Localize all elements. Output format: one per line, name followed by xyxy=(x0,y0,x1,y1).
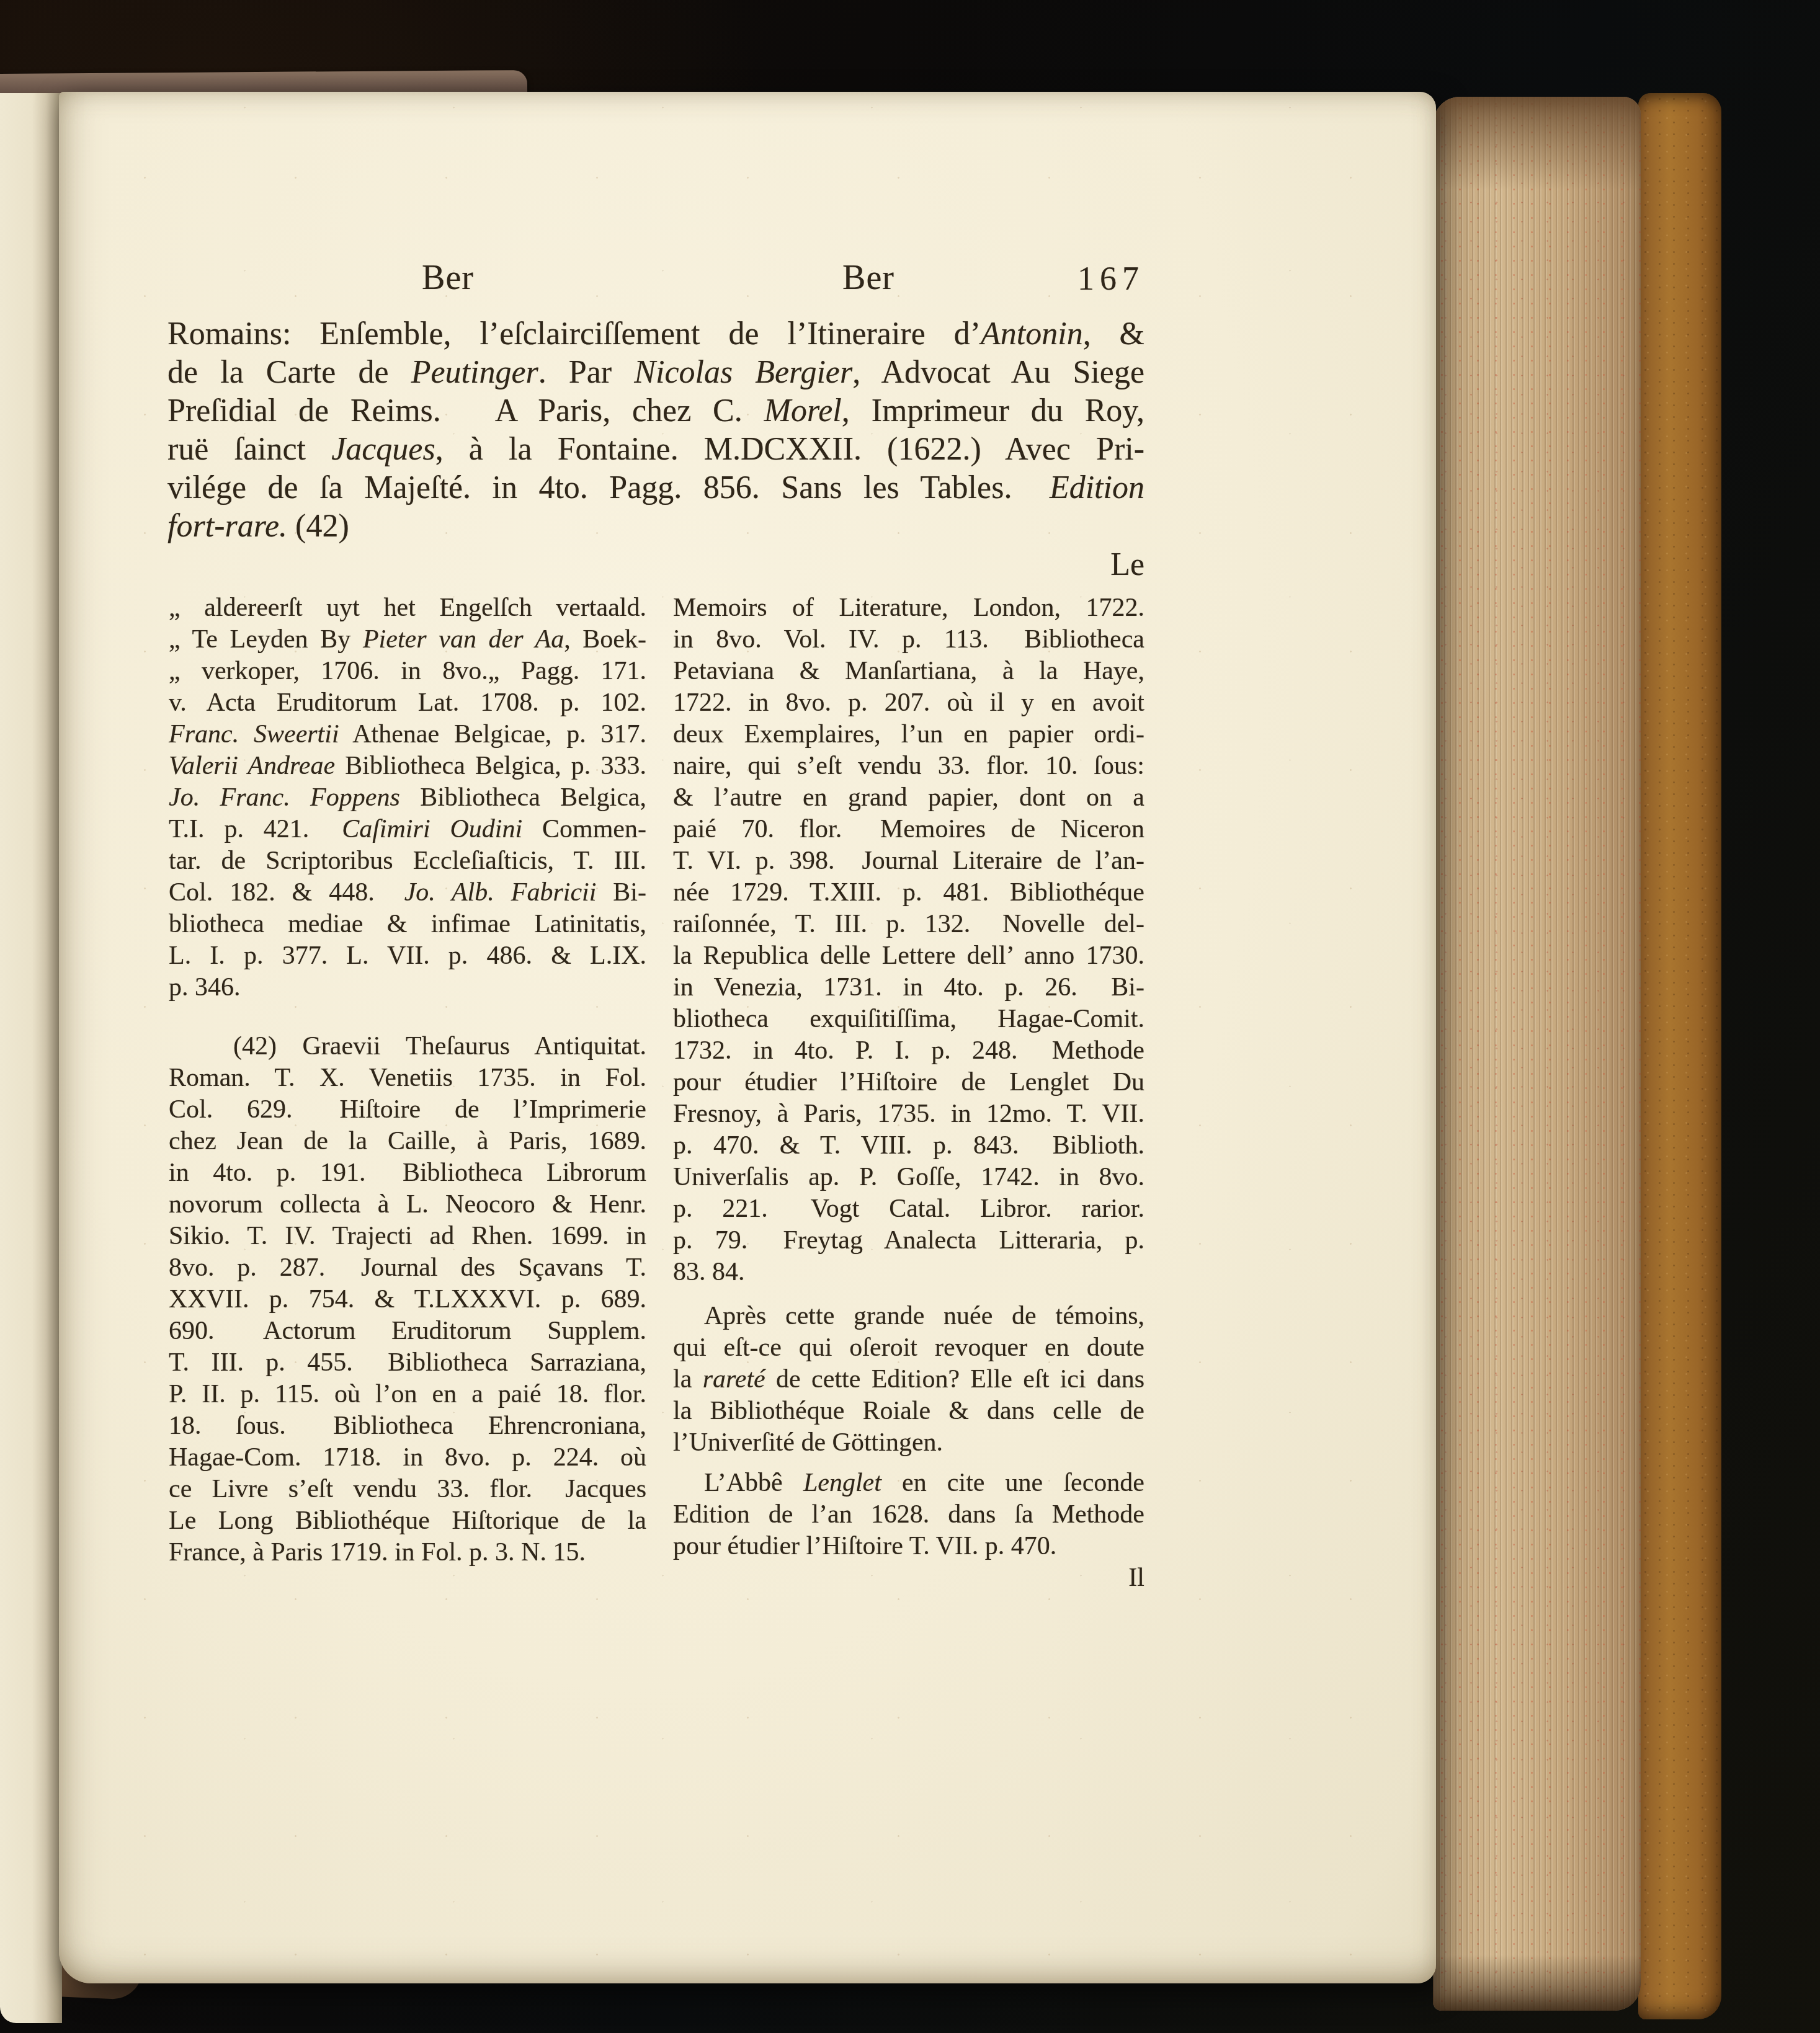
text-line: „ verkoper, 1706. in 8vo.„ Pagg. 171. xyxy=(169,656,646,687)
text-line: in Venezia, 1731. in 4to. p. 26. Bi- xyxy=(673,972,1144,1003)
text-line: la Republica delle Lettere dell’ anno 17… xyxy=(673,940,1144,972)
text-line: 1732. in 4to. P. I. p. 248. Methode xyxy=(673,1035,1144,1067)
text-line: bliotheca exquiſitiſſima, Hagae-Comit. xyxy=(673,1003,1144,1035)
left-column: „ aldereerſt uyt het Engelſch vertaald.„… xyxy=(169,592,646,1568)
text-line: p. 79. Freytag Analecta Litteraria, p. xyxy=(673,1225,1144,1257)
text-line: Memoirs of Literature, London, 1722. xyxy=(673,592,1144,624)
text-line: Le Long Bibliothéque Hiſtorique de la xyxy=(169,1505,646,1537)
text-line: novorum collecta à L. Neocoro & Henr. xyxy=(169,1189,646,1221)
paragraph: Memoirs of Literature, London, 1722.in 8… xyxy=(673,592,1144,1288)
text-line: „ aldereerſt uyt het Engelſch vertaald. xyxy=(169,592,646,624)
paragraph: „ aldereerſt uyt het Engelſch vertaald.„… xyxy=(169,592,646,1003)
text-line: Jo. Franc. Foppens Bibliotheca Belgica, xyxy=(169,782,646,814)
fore-edge-bottom-shadow xyxy=(1433,1955,1641,2011)
text-line: tar. de Scriptoribus Eccleſiaſticis, T. … xyxy=(169,845,646,877)
text-line: France, à Paris 1719. in Fol. p. 3. N. 1… xyxy=(169,1537,646,1568)
text-line: deux Exemplaires, l’un en papier ordi- xyxy=(673,719,1144,750)
page-number: 167 xyxy=(1077,259,1144,298)
text-line: 18. ſous. Bibliotheca Ehrencroniana, xyxy=(169,1410,646,1442)
text-line: Petaviana & Manſartiana, à la Haye, xyxy=(673,656,1144,687)
text-line: T.I. p. 421. Caſimiri Oudini Commen- xyxy=(169,814,646,845)
intro-block: Romains: Enſemble, l’eſclairciſſement de… xyxy=(167,315,1144,584)
catchword-top: Le xyxy=(167,546,1144,584)
facing-page-sliver xyxy=(0,93,62,2023)
text-line: L. I. p. 377. L. VII. p. 486. & L.IX. xyxy=(169,940,646,972)
text-line: née 1729. T.XIII. p. 481. Bibliothéque xyxy=(673,877,1144,909)
text-line: Roman. T. X. Venetiis 1735. in Fol. xyxy=(169,1062,646,1094)
text-line: T. III. p. 455. Bibliotheca Sarraziana, xyxy=(169,1347,646,1379)
text-line: vilége de ſa Majeſté. in 4to. Pagg. 856.… xyxy=(167,469,1144,507)
text-line: Hagae-Com. 1718. in 8vo. p. 224. où xyxy=(169,1442,646,1474)
text-line: Edition de l’an 1628. dans ſa Methode xyxy=(673,1499,1144,1531)
text-line: naire, qui s’eſt vendu 33. flor. 10. ſou… xyxy=(673,750,1144,782)
text-line: 8vo. p. 287. Journal des Sçavans T. xyxy=(169,1252,646,1284)
text-line: la Bibliothéque Roiale & dans celle de xyxy=(673,1395,1144,1427)
text-line: 83. 84. xyxy=(673,1257,1144,1288)
text-line: „ Te Leyden By Pieter van der Aa, Boek- xyxy=(169,624,646,656)
right-column: Memoirs of Literature, London, 1722.in 8… xyxy=(673,592,1144,1594)
text-line: Preſidial de Reims. A Paris, chez C. Mor… xyxy=(167,392,1144,430)
text-line: Valerii Andreae Bibliotheca Belgica, p. … xyxy=(169,750,646,782)
text-line: Romains: Enſemble, l’eſclairciſſement de… xyxy=(167,315,1144,354)
paragraph: (42) Graevii Theſaurus Antiquitat.Roman.… xyxy=(169,1031,646,1568)
fore-edge-top-shadow xyxy=(1433,97,1641,190)
text-line: raiſonnée, T. III. p. 132. Novelle del- xyxy=(673,909,1144,940)
text-line: ce Livre s’eſt vendu 33. flor. Jacques xyxy=(169,1474,646,1505)
text-line: Après cette grande nuée de témoins, xyxy=(673,1301,1144,1332)
book-page: Ber Ber 167 Romains: Enſemble, l’eſclair… xyxy=(59,92,1436,1983)
running-title-left: Ber xyxy=(422,258,474,298)
fore-edge-pages xyxy=(1433,97,1641,2011)
text-line: fort-rare. (42) xyxy=(167,507,1144,546)
text-line: ruë ſainct Jacques, à la Fontaine. M.DCX… xyxy=(167,430,1144,469)
text-line: pour étudier l’Hiſtoire de Lenglet Du xyxy=(673,1067,1144,1098)
text-line: Col. 182. & 448. Jo. Alb. Fabricii Bi- xyxy=(169,877,646,909)
text-line: chez Jean de la Caille, à Paris, 1689. xyxy=(169,1126,646,1157)
text-line: Col. 629. Hiſtoire de l’Imprimerie xyxy=(169,1094,646,1126)
intro-paragraph: Romains: Enſemble, l’eſclairciſſement de… xyxy=(167,315,1144,546)
text-line: L’Abbê Lenglet en cite une ſeconde xyxy=(673,1467,1144,1499)
text-line: p. 470. & T. VIII. p. 843. Biblioth. xyxy=(673,1130,1144,1162)
book-photo: { "header": { "running_title_left": "Ber… xyxy=(0,0,1820,2033)
text-line: p. 346. xyxy=(169,972,646,1003)
text-line: Franc. Sweertii Athenae Belgicae, p. 317… xyxy=(169,719,646,750)
text-line: l’Univerſité de Göttingen. xyxy=(673,1427,1144,1459)
text-line: de la Carte de Peutinger. Par Nicolas Be… xyxy=(167,354,1144,392)
text-line: in 4to. p. 191. Bibliotheca Librorum xyxy=(169,1157,646,1189)
paragraph: L’Abbê Lenglet en cite une ſecondeEditio… xyxy=(673,1467,1144,1562)
page-header: Ber Ber 167 xyxy=(167,258,1144,298)
text-line: qui eſt-ce qui oſeroit revoquer en doute xyxy=(673,1332,1144,1364)
text-line: 1722. in 8vo. p. 207. où il y en avoit xyxy=(673,687,1144,719)
text-line: Univerſalis ap. P. Goſſe, 1742. in 8vo. xyxy=(673,1162,1144,1193)
text-line: (42) Graevii Theſaurus Antiquitat. xyxy=(169,1031,646,1062)
paragraph: Après cette grande nuée de témoins,qui e… xyxy=(673,1301,1144,1459)
text-line: Fresnoy, à Paris, 1735. in 12mo. T. VII. xyxy=(673,1098,1144,1130)
book-cover-edge xyxy=(1638,93,1721,2019)
text-line: la rareté de cette Edition? Elle eſt ici… xyxy=(673,1364,1144,1395)
catchword-bottom: Il xyxy=(673,1562,1144,1594)
text-line: v. Acta Eruditorum Lat. 1708. p. 102. xyxy=(169,687,646,719)
text-line: pour étudier l’Hiſtoire T. VII. p. 470. xyxy=(673,1531,1144,1562)
text-line: & l’autre en grand papier, dont on a xyxy=(673,782,1144,814)
text-line: in 8vo. Vol. IV. p. 113. Bibliotheca xyxy=(673,624,1144,656)
text-line: XXVII. p. 754. & T.LXXXVI. p. 689. xyxy=(169,1284,646,1315)
text-line: bliotheca mediae & infimae Latinitatis, xyxy=(169,909,646,940)
text-line: p. 221. Vogt Catal. Libror. rarior. xyxy=(673,1193,1144,1225)
running-title-right: Ber xyxy=(842,258,894,298)
text-line: T. VI. p. 398. Journal Literaire de l’an… xyxy=(673,845,1144,877)
text-line: paié 70. flor. Memoires de Niceron xyxy=(673,814,1144,845)
text-line: 690. Actorum Eruditorum Supplem. xyxy=(169,1315,646,1347)
text-line: P. II. p. 115. où l’on en a paié 18. flo… xyxy=(169,1379,646,1410)
text-line: Sikio. T. IV. Trajecti ad Rhen. 1699. in xyxy=(169,1221,646,1252)
